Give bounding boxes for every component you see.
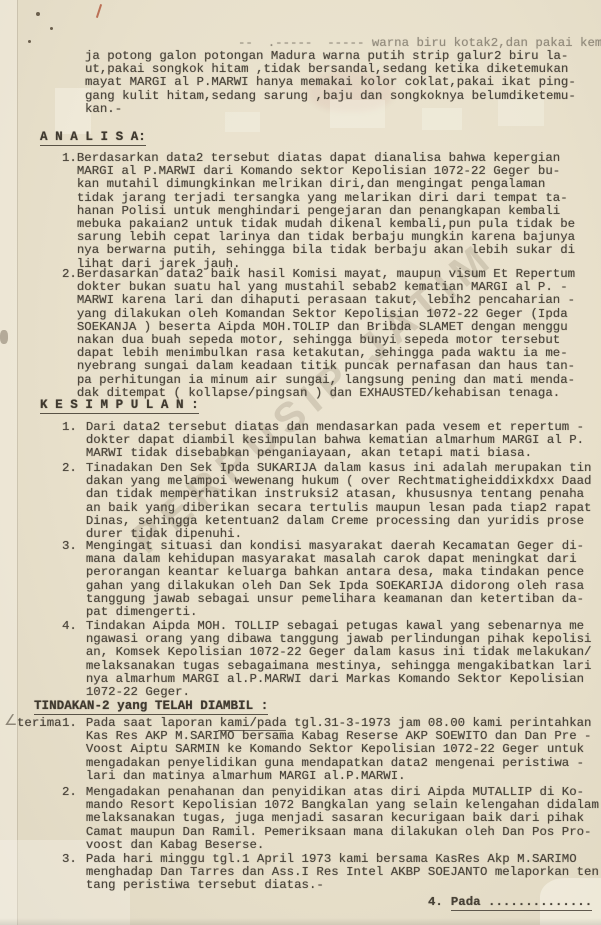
- analisa-item-1: 1. Berdasarkan data2 tersebut diatas dap…: [62, 152, 575, 271]
- item-text: Berdasarkan data2 baik hasil Komisi maya…: [77, 268, 575, 400]
- paper-edge-strip: [0, 0, 17, 925]
- item-text: Dari data2 tersebut diatas dan mendasark…: [86, 421, 584, 461]
- underline-mark-kami-pada: [218, 730, 286, 731]
- kesimpulan-item-4: 4. Tindakan Aipda MOH. TOLLIP sebagai pe…: [62, 620, 592, 699]
- item-text: Tinadakan Den Sek Ipda SUKARIJA dalam ka…: [86, 462, 592, 541]
- tindakan-item-3: 3. Pada hari minggu tgl.1 April 1973 kam…: [62, 853, 599, 893]
- page-bottom-shadow: [0, 918, 601, 925]
- item-number: 2.: [62, 786, 77, 799]
- kesimpulan-item-2: 2. Tinadakan Den Sek Ipda SUKARIJA dalam…: [62, 462, 592, 541]
- footer-catchword: Pada ..............: [451, 896, 592, 911]
- analisa-item-2: 2. Berdasarkan data2 baik hasil Komisi m…: [62, 268, 575, 400]
- intro-paragraph: ja potong galon potongan Madura warna pu…: [85, 50, 576, 116]
- kesimpulan-item-1: 1. Dari data2 tersebut diatas dan mendas…: [62, 421, 584, 461]
- document-page: PERPUSIP JATIM -- .----- ----- warna bir…: [0, 0, 601, 925]
- pencil-angle-mark: ∠: [4, 711, 17, 729]
- item-text: Mengingat situasi dan kondisi masyarakat…: [86, 540, 584, 619]
- section-heading-kesimpulan: K E S I M P U L A N :: [40, 398, 199, 414]
- pen-dot: [28, 40, 31, 43]
- item-number: 1.: [62, 421, 77, 434]
- item-text: Mengadakan penahanan dan penyidikan atas…: [86, 786, 599, 852]
- section-heading-tindakan: TINDAKAN-2 yang TELAH DIAMBIL :: [34, 699, 268, 715]
- page-continuation-footer: 4. Pada ..............: [428, 896, 592, 911]
- red-pen-mark: [96, 4, 102, 18]
- item-number: 3.: [62, 540, 77, 553]
- item-text: Pada hari minggu tgl.1 April 1973 kami b…: [86, 853, 599, 893]
- item-number: 2.: [62, 462, 77, 475]
- pen-dot: [36, 12, 40, 16]
- item-text: Berdasarkan data2 tersebut diatas dapat …: [77, 152, 575, 271]
- item-number: 4.: [62, 620, 77, 633]
- item-text: Pada saat laporan kami/pada tgl.31-3-197…: [86, 717, 592, 783]
- item-number: 1.: [62, 717, 77, 730]
- item-number: 1.: [62, 152, 77, 165]
- item-number: 2.: [62, 268, 77, 281]
- tindakan-item-1: 1. Pada saat laporan kami/pada tgl.31-3-…: [62, 717, 592, 783]
- section-heading-analisa: A N A L I S A:: [40, 130, 146, 146]
- kesimpulan-item-3: 3. Mengingat situasi dan kondisi masyara…: [62, 540, 584, 619]
- tindakan-item-2: 2. Mengadakan penahanan dan penyidikan a…: [62, 786, 599, 852]
- pen-dot: [50, 27, 53, 30]
- footer-number: 4.: [428, 896, 443, 911]
- margin-note-terima: terima: [17, 717, 62, 730]
- item-number: 3.: [62, 853, 77, 866]
- paper-crease-line: [17, 0, 18, 925]
- item-text: Tindakan Aipda MOH. TOLLIP sebagai petug…: [86, 620, 592, 699]
